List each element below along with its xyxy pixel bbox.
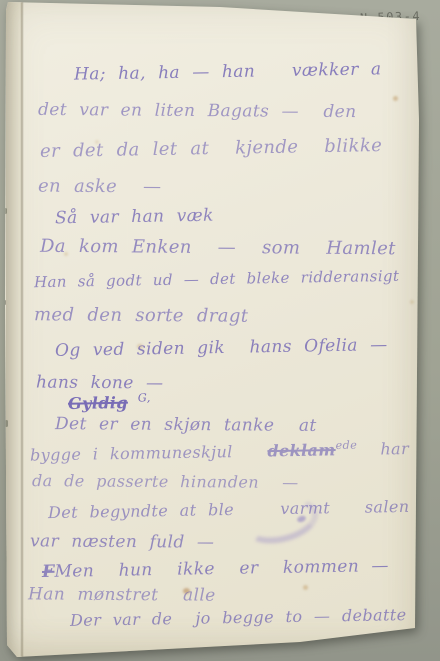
text-run: Så var han væk <box>55 206 214 229</box>
text-run: hans kone — <box>36 373 164 394</box>
manuscript-line: det var en liten Bagats — den <box>38 100 357 122</box>
text-run: Da kom Enken — som Hamlet <box>40 236 396 259</box>
text-run: Han mønstret alle <box>28 584 216 605</box>
text-run: Det er en skjøn tanke at <box>55 414 317 436</box>
text-run: har <box>357 439 409 459</box>
manuscript-page: Ha; ha, ha — han vækker adet var en lite… <box>0 0 426 661</box>
text-run: Ha; ha, ha — han vækker a <box>74 59 382 84</box>
manuscript-line: da de passerte hinanden — <box>32 471 299 492</box>
text-run: det var en liten Bagats — den <box>38 100 357 122</box>
text-run: Og ved siden gik hans Ofelia — <box>55 335 388 361</box>
text-run: en aske — <box>38 176 162 198</box>
foxing-spot <box>345 640 350 644</box>
manuscript-line: FMen hun ikke er kommen — <box>42 556 389 582</box>
manuscript-line: Det er en skjøn tanke at <box>55 414 317 436</box>
text-run: Der var de jo begge to — debatte <box>70 605 407 630</box>
manuscript-line: hans kone — <box>36 373 164 394</box>
photo-of-manuscript: N 503-4 Ha; ha, ha — han vækker adet var… <box>0 0 440 661</box>
text-run: Han så godt ud — det bleke ridderansigt <box>34 267 400 291</box>
text-run: G, <box>128 391 151 404</box>
text-run: deklam <box>267 440 336 460</box>
text-run: Gyldig <box>68 393 128 413</box>
manuscript-line: Gyldig G, <box>68 391 151 413</box>
text-run: er det da let at kjende blikke <box>40 135 383 162</box>
handwriting-block: Ha; ha, ha — han vækker adet var en lite… <box>0 0 426 661</box>
manuscript-line: Han mønstret alle <box>28 584 216 605</box>
text-run: da de passerte hinanden — <box>32 471 299 492</box>
manuscript-line: er det da let at kjende blikke <box>40 135 383 162</box>
manuscript-line: Han så godt ud — det bleke ridderansigt <box>34 267 400 291</box>
text-run: Men hun ikke er kommen — <box>54 556 389 582</box>
manuscript-line: var næsten fuld — <box>30 531 214 552</box>
text-run: med den sorte dragt <box>34 304 249 326</box>
manuscript-line: Det begyndte at ble varmt salen <box>48 497 410 522</box>
manuscript-line: Da kom Enken — som Hamlet <box>40 236 396 259</box>
manuscript-line: en aske — <box>38 176 162 198</box>
manuscript-line: Så var han væk <box>55 206 214 229</box>
paper-shadow: Ha; ha, ha — han vækker adet var en lite… <box>0 0 440 661</box>
text-run: bygge i kommuneskjul <box>30 441 268 464</box>
text-run: ede <box>335 439 357 452</box>
manuscript-line: Ha; ha, ha — han vækker a <box>74 59 382 84</box>
manuscript-line: Og ved siden gik hans Ofelia — <box>55 335 388 361</box>
text-run: var næsten fuld — <box>30 531 214 552</box>
text-run: F <box>42 562 55 582</box>
manuscript-line: bygge i kommuneskjul deklamede har <box>30 438 409 465</box>
manuscript-line: med den sorte dragt <box>34 304 249 326</box>
manuscript-line: Der var de jo begge to — debatte <box>70 605 407 630</box>
text-run: Det begyndte at ble varmt salen <box>48 497 410 522</box>
